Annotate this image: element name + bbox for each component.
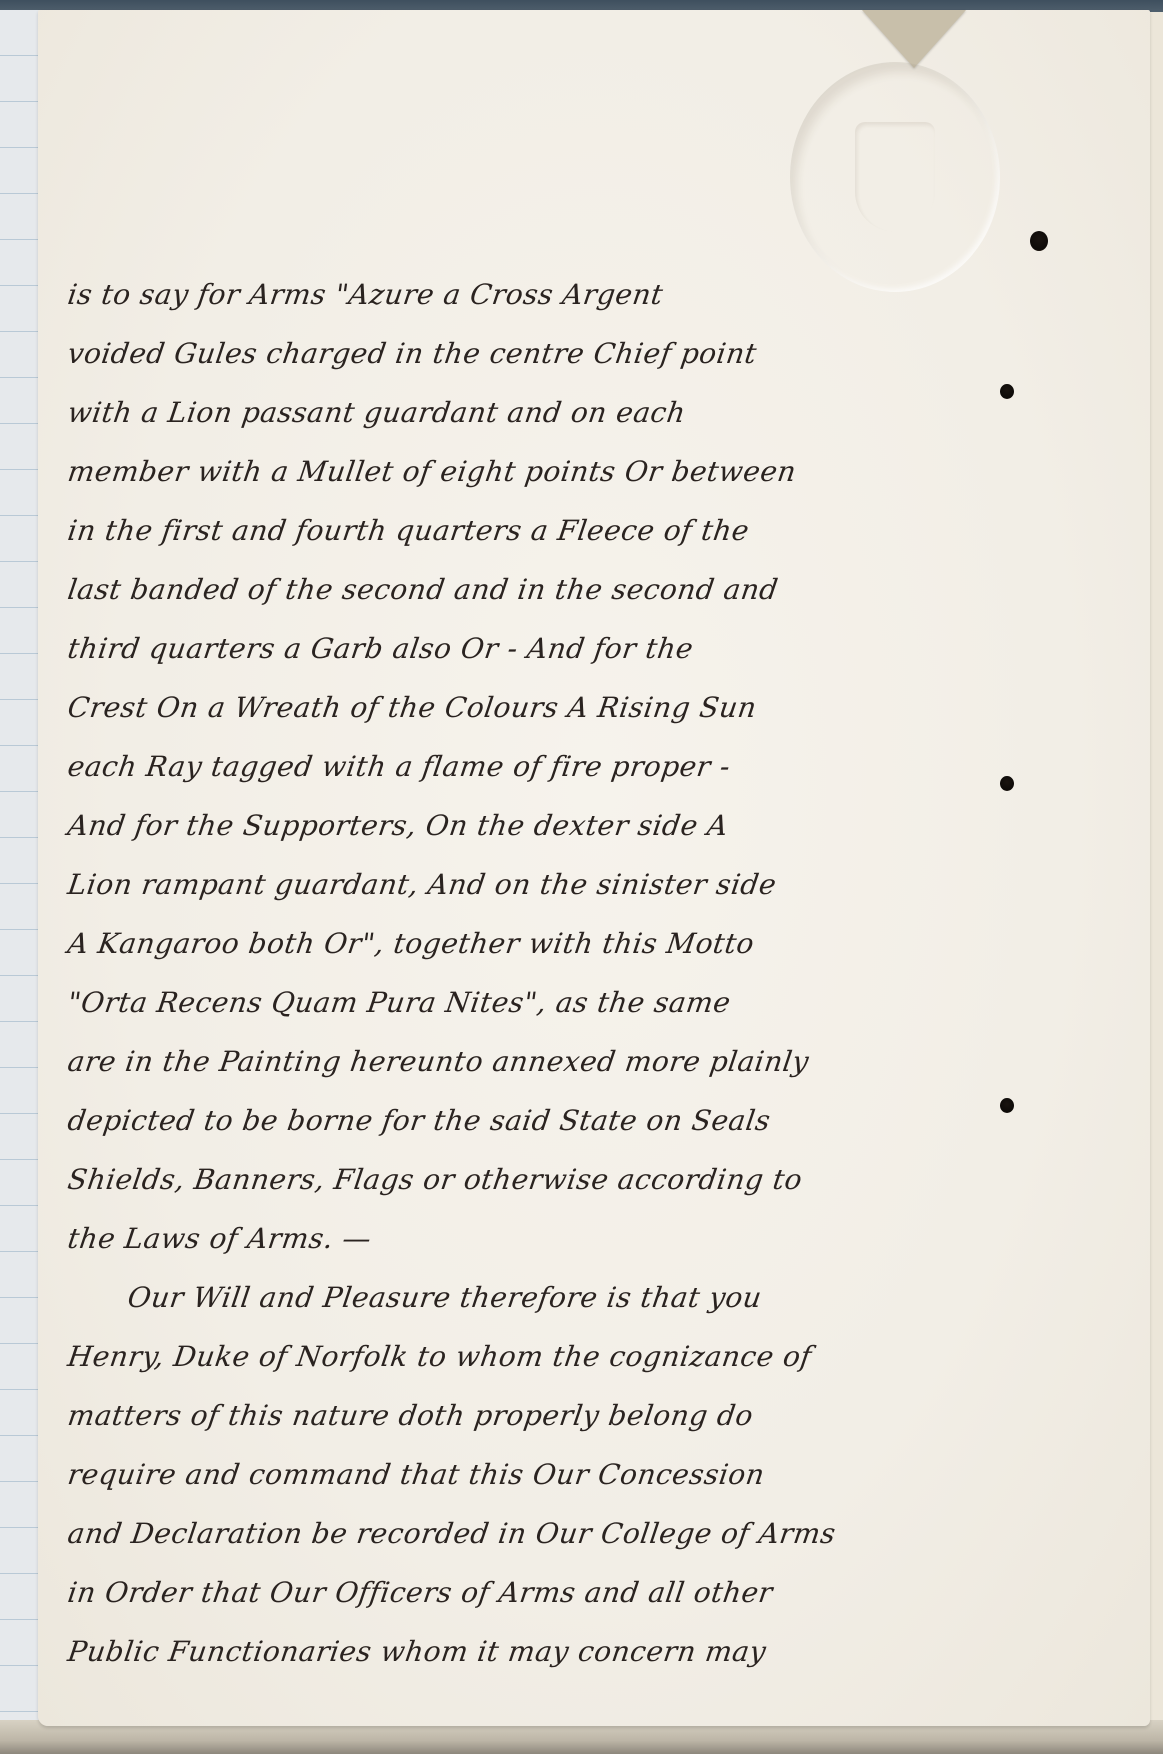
text-line: in Order that Our Officers of Arms and a… xyxy=(64,1563,872,1622)
text-line: Henry, Duke of Norfolk to whom the cogni… xyxy=(64,1327,872,1386)
embossed-seal-icon xyxy=(790,62,1000,292)
right-page-edge xyxy=(1148,12,1163,1752)
left-ruled-ledger-edge xyxy=(0,10,41,1754)
text-line: Public Functionaries whom it may concern… xyxy=(64,1622,872,1681)
seal-shield-icon xyxy=(855,122,935,232)
text-line: Lion rampant guardant, And on the sinist… xyxy=(64,855,872,914)
text-line: voided Gules charged in the centre Chief… xyxy=(64,324,872,383)
text-line: the Laws of Arms. — xyxy=(64,1209,872,1268)
text-line: is to say for Arms "Azure a Cross Argent xyxy=(64,265,872,324)
text-line: And for the Supporters, On the dexter si… xyxy=(64,796,872,855)
text-line: with a Lion passant guardant and on each xyxy=(64,383,872,442)
text-line: "Orta Recens Quam Pura Nites", as the sa… xyxy=(64,973,872,1032)
text-line: in the first and fourth quarters a Fleec… xyxy=(64,501,872,560)
text-line: A Kangaroo both Or", together with this … xyxy=(64,914,872,973)
text-line: last banded of the second and in the sec… xyxy=(64,560,872,619)
folded-paper-tab xyxy=(862,10,966,68)
text-line: Crest On a Wreath of the Colours A Risin… xyxy=(64,678,872,737)
text-line: each Ray tagged with a flame of fire pro… xyxy=(64,737,872,796)
punch-hole-icon xyxy=(1000,776,1014,791)
text-line: are in the Painting hereunto annexed mor… xyxy=(64,1032,872,1091)
text-line: matters of this nature doth properly bel… xyxy=(64,1386,872,1445)
text-line: member with a Mullet of eight points Or … xyxy=(64,442,872,501)
text-line: depicted to be borne for the said State … xyxy=(64,1091,872,1150)
punch-hole-icon xyxy=(1000,1098,1014,1113)
punch-hole-icon xyxy=(1000,384,1014,399)
manuscript-text: is to say for Arms "Azure a Cross Argent… xyxy=(68,265,868,1681)
text-line: Shields, Banners, Flags or otherwise acc… xyxy=(64,1150,872,1209)
text-line: and Declaration be recorded in Our Colle… xyxy=(64,1504,872,1563)
punch-hole-icon xyxy=(1030,231,1048,251)
text-line: require and command that this Our Conces… xyxy=(64,1445,872,1504)
text-line: third quarters a Garb also Or - And for … xyxy=(64,619,872,678)
paragraph-start-line: Our Will and Pleasure therefore is that … xyxy=(64,1268,872,1327)
